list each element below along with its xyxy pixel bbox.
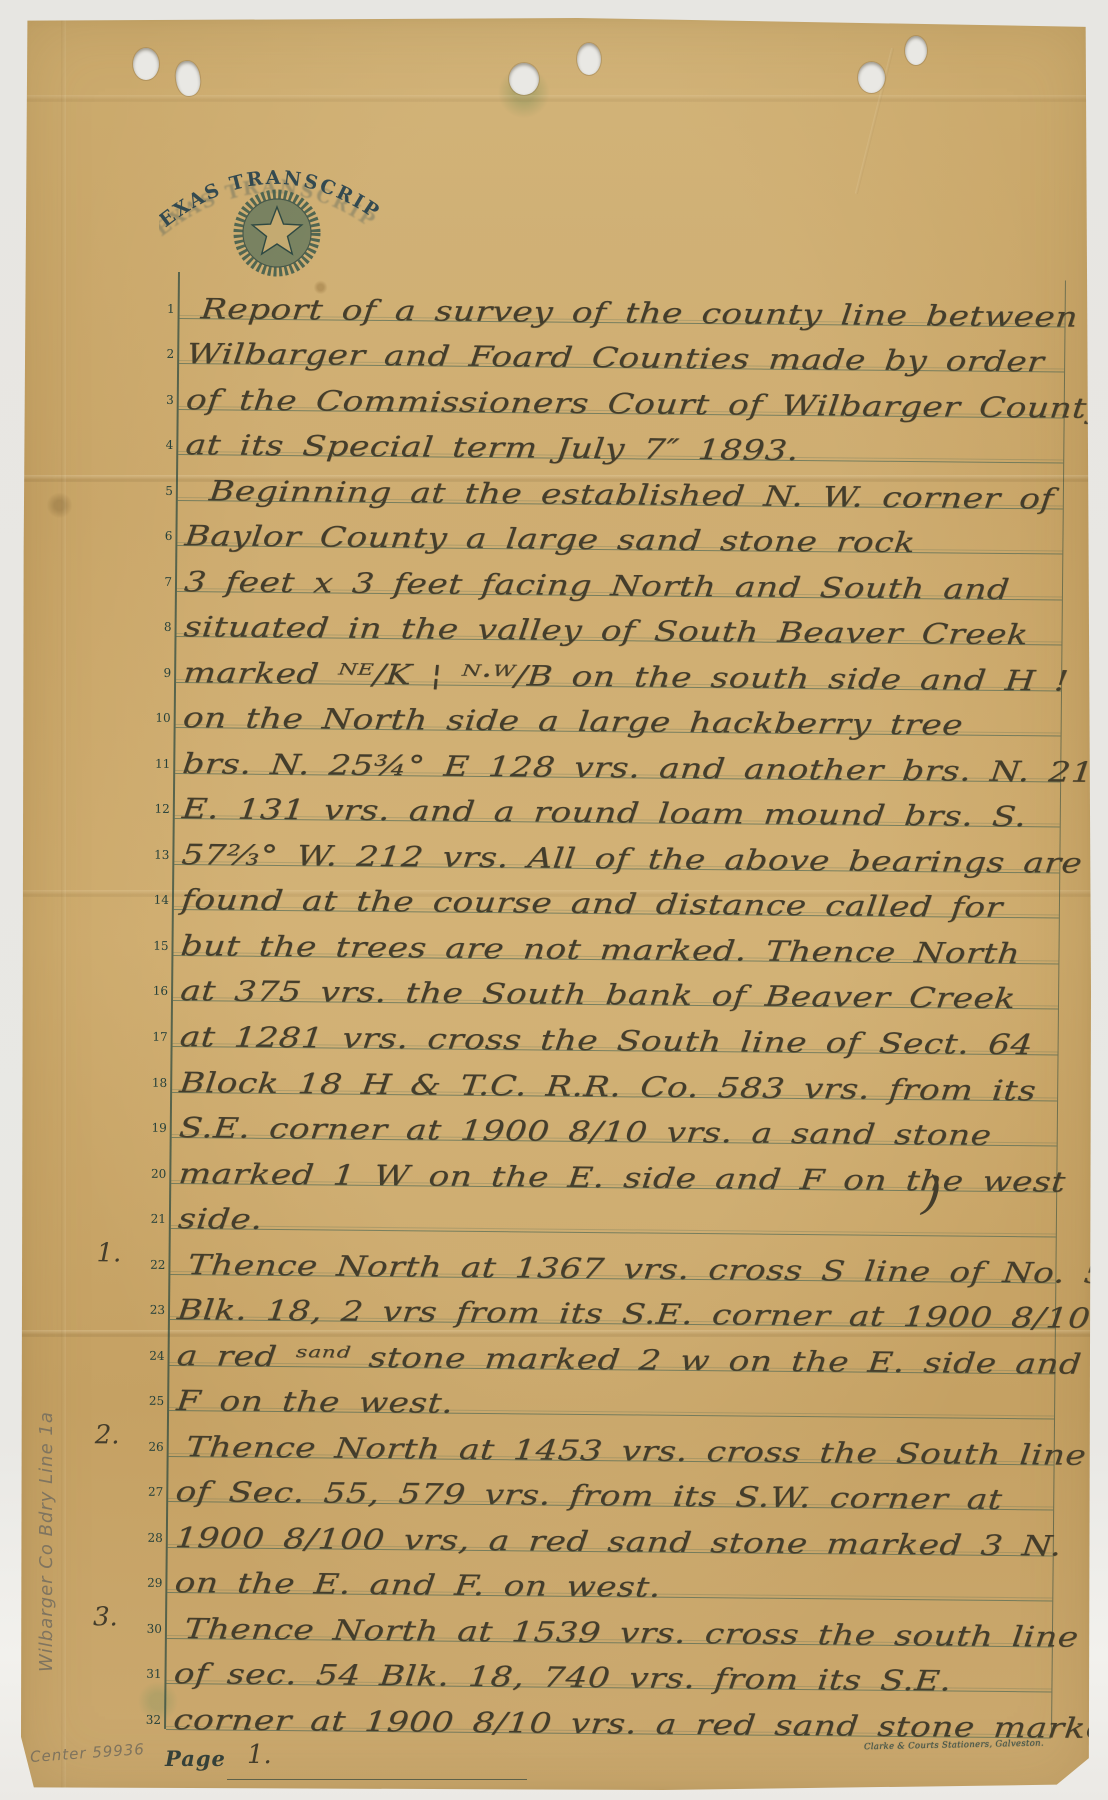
punch-hole [509, 63, 539, 95]
line-number: 17 [146, 1030, 168, 1044]
line-number: 4 [151, 438, 173, 452]
paper-sheet: TEXAS TRANSCRIPT. TEXAS TRANSCRIPT. 1Rep… [21, 18, 1091, 1790]
line-number: 5 [151, 483, 173, 497]
item-number: 1. [96, 1238, 121, 1268]
manuscript-text: corner at 1900 8/10 vrs. a red sand ston… [172, 1703, 1108, 1745]
ruled-area: 1Report of a survey of the county line b… [164, 272, 1066, 1737]
line-number: 26 [142, 1439, 164, 1453]
punch-hole [133, 48, 159, 80]
line-number: 3 [152, 392, 174, 406]
line-number: 22 [143, 1257, 165, 1271]
fold-crease-vertical [61, 18, 66, 1790]
line-number: 28 [141, 1531, 163, 1545]
line-number: 30 [140, 1622, 162, 1636]
line-number: 20 [144, 1166, 166, 1180]
line-number: 12 [148, 802, 170, 816]
punch-hole [577, 43, 601, 75]
line-number: 21 [144, 1212, 166, 1226]
line-number: 9 [149, 665, 171, 679]
punch-hole [858, 62, 885, 93]
page-number-underline [227, 1779, 527, 1780]
spine-annotation: Wilbarger Co Bdry Line 1a [36, 1372, 57, 1672]
line-number: 10 [149, 711, 171, 725]
line-number: 25 [142, 1394, 164, 1408]
line-number: 18 [145, 1075, 167, 1089]
line-number: 23 [143, 1303, 165, 1317]
punch-hole [905, 36, 927, 65]
line-number: 7 [150, 574, 172, 588]
line-number: 19 [145, 1121, 167, 1135]
line-number: 24 [143, 1348, 165, 1362]
item-number: 3. [93, 1602, 118, 1632]
line-number: 6 [150, 529, 172, 543]
line-number: 27 [141, 1485, 163, 1499]
line-number: 8 [150, 620, 172, 634]
line-number: 2 [152, 347, 174, 361]
page-number: 1. [247, 1740, 272, 1770]
line-number: 31 [139, 1667, 161, 1681]
item-number: 2. [95, 1420, 120, 1450]
fold-crease [21, 95, 1091, 102]
line-number: 16 [146, 984, 168, 998]
manuscript-line: 32corner at 1900 8/10 vrs. a red sand st… [166, 1683, 1051, 1738]
line-number: 1 [153, 301, 175, 315]
line-number: 32 [139, 1713, 161, 1727]
line-number: 29 [140, 1576, 162, 1590]
line-number: 14 [147, 893, 169, 907]
line-number: 15 [146, 939, 168, 953]
line-number: 13 [147, 848, 169, 862]
page-label: Page [165, 1746, 226, 1771]
line-number: 11 [148, 757, 170, 771]
document-scan: TEXAS TRANSCRIPT. TEXAS TRANSCRIPT. 1Rep… [0, 0, 1108, 1800]
